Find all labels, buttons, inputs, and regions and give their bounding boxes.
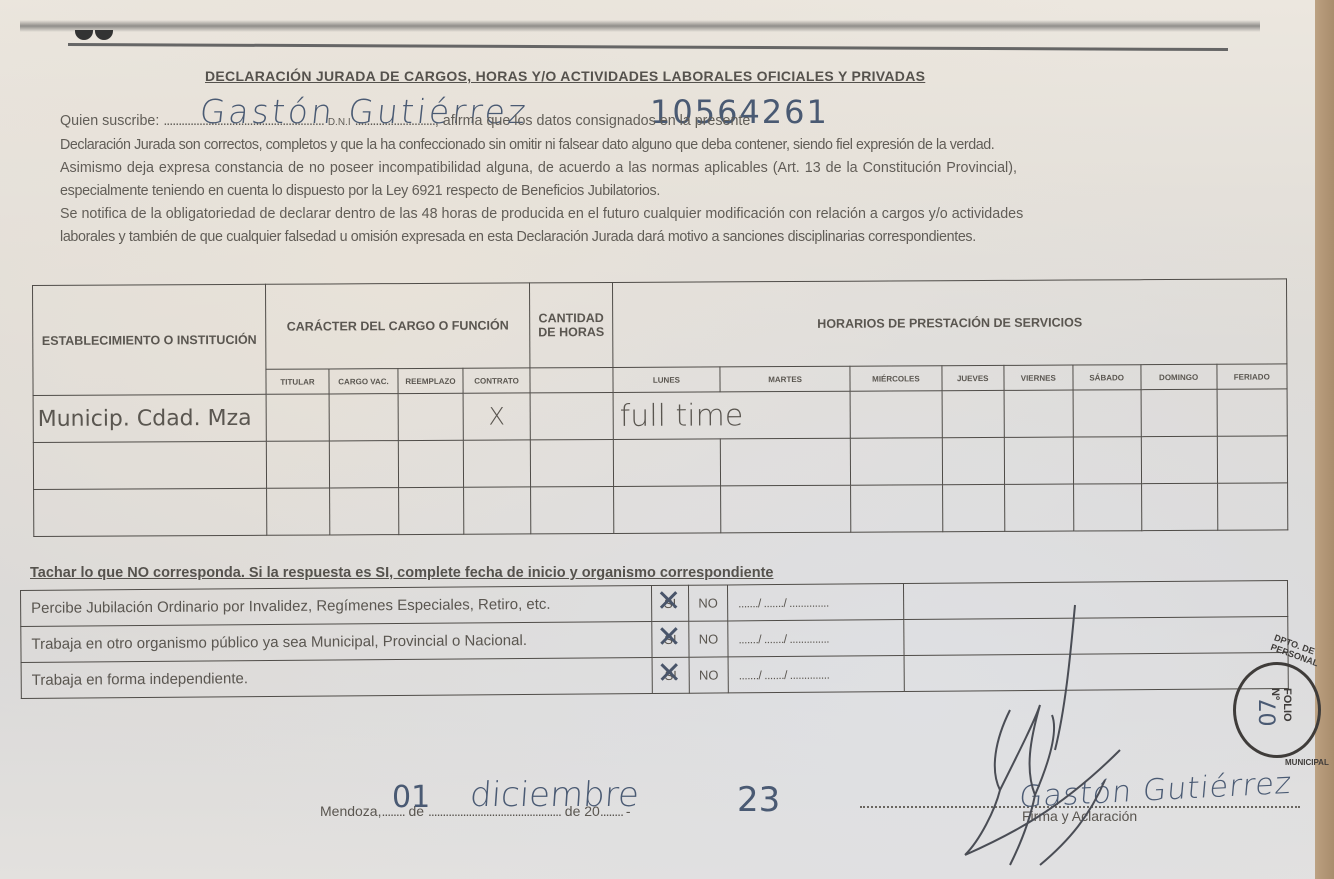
day-martes: MARTES [720,366,851,392]
start-date-field[interactable]: ......./ ......./ .............. [728,656,904,693]
sub-titular: TITULAR [266,369,329,394]
declaration-line-6: laborales y también de que cualquier fal… [60,226,1250,249]
contrato-cell[interactable]: X [463,393,530,440]
schedule-cell[interactable] [850,391,941,438]
schedule-cell[interactable] [720,485,851,533]
no-option[interactable]: NO [689,657,728,693]
official-stamp: DPTO. DE PERSONAL FOLIO Nº 07 MUNICIPAL [1215,640,1330,775]
cargo-vac-cell[interactable] [329,394,398,441]
schedule-cell[interactable] [942,390,1005,437]
scan-shadow [20,20,1260,32]
question-text: Trabaja en otro organismo público ya sea… [21,622,652,663]
declaration-line-5: Se notifica de la obligatoriedad de decl… [60,203,1250,226]
start-date-field[interactable]: ......./ ......./ .............. [728,620,904,657]
sub-cargo-vac: CARGO VAC. [329,369,398,394]
titular-cell[interactable] [267,488,330,535]
signature-scribble-icon [940,600,1140,870]
subscriber-label: Quien suscribe: [60,113,159,129]
day-sabado: SÁBADO [1073,365,1141,390]
hours-cell[interactable] [531,486,614,533]
schedule-cell[interactable] [1141,483,1217,530]
header-schedule: HORARIOS DE PRESTACIÓN DE SERVICIOS [612,279,1286,368]
cargo-vac-cell[interactable] [330,488,399,535]
schedule-cell[interactable] [1141,436,1217,483]
reemplazo-cell[interactable] [398,440,463,487]
jobs-table: ESTABLECIMIENTO O INSTITUCIÓN CARÁCTER D… [32,278,1288,537]
cargo-vac-cell[interactable] [329,441,398,488]
titular-cell[interactable] [266,441,329,488]
header-hours: CANTIDAD DE HORAS [529,282,612,367]
yes-option[interactable]: SI✕ [652,621,689,657]
declaration-text: Quien suscribe: ........................… [60,110,1250,249]
header-character: CARÁCTER DEL CARGO O FUNCIÓN [265,283,529,369]
schedule-cell[interactable] [614,486,721,534]
day-jueves: JUEVES [941,365,1004,390]
question-text: Trabaja en forma independiente. [21,658,652,699]
sub-hours-empty [530,367,613,392]
schedule-cell[interactable] [1004,390,1073,437]
sub-reemplazo: REEMPLAZO [398,368,463,393]
stamp-folio-number: 07 [1257,699,1282,727]
question-text: Percibe Jubilación Ordinario por Invalid… [21,586,652,627]
handwritten-month: diciembre [469,775,641,815]
day-viernes: VIERNES [1004,365,1073,390]
dni-field[interactable]: ........................... [355,113,435,129]
schedule-cell[interactable] [1217,389,1288,436]
name-field[interactable]: ........................................… [163,113,324,129]
contrato-cell[interactable] [464,487,531,534]
schedule-cell[interactable] [851,438,942,485]
stamp-bottom-text: MUNICIPAL [1285,758,1329,767]
dni-label: D.N.I [328,117,351,128]
schedule-cell[interactable] [942,437,1005,484]
schedule-cell[interactable] [851,485,942,532]
schedule-cell[interactable] [720,438,851,486]
sub-contrato: CONTRATO [463,368,530,393]
day-feriado: FERIADO [1217,364,1288,389]
questions-instruction: Tachar lo que NO corresponda. Si la resp… [30,565,773,581]
no-option[interactable]: NO [689,621,728,657]
schedule-cell[interactable] [1141,389,1217,436]
handwritten-day: 01 [392,780,430,815]
header-establishment: ESTABLECIMIENTO O INSTITUCIÓN [33,284,267,395]
table-row [33,436,1287,490]
schedule-cell[interactable] [1073,484,1141,531]
table-row [34,483,1288,537]
schedule-cell[interactable] [1073,437,1141,484]
reemplazo-cell[interactable] [399,487,464,534]
schedule-cell[interactable] [613,439,720,487]
schedule-cell[interactable] [1004,437,1073,484]
establishment-cell[interactable]: Municip. Cdad. Mza [33,394,266,442]
schedule-cell[interactable] [1004,484,1073,531]
schedule-cell[interactable]: full time [613,391,851,439]
contrato-cell[interactable] [463,440,530,487]
establishment-cell[interactable] [34,488,267,536]
cross-mark-icon: ✕ [657,656,682,691]
hours-cell[interactable] [530,392,613,439]
schedule-cell[interactable] [1217,483,1288,530]
declaration-line-4: especialmente teniendo en cuenta lo disp… [60,180,1250,203]
declaration-line-3: Asimismo deja expresa constancia de no p… [60,157,1250,180]
header-rule [68,43,1228,51]
subscriber-line: Quien suscribe: ........................… [60,110,1250,134]
start-date-field[interactable]: ......./ ......./ .............. [727,584,903,621]
hours-cell[interactable] [530,439,613,486]
yes-option[interactable]: SI✕ [651,585,688,621]
day-lunes: LUNES [613,367,720,393]
titular-cell[interactable] [266,394,329,441]
affirm-text: , afirma que los datos consignados en la… [435,113,751,129]
form-title: DECLARACIÓN JURADA DE CARGOS, HORAS Y/O … [205,68,925,84]
schedule-cell[interactable] [1217,436,1288,483]
schedule-cell[interactable] [942,484,1005,531]
table-row: Municip. Cdad. Mza X full time [33,389,1287,443]
establishment-cell[interactable] [33,441,266,489]
declaration-line-2: Declaración Jurada son correctos, comple… [60,134,1250,157]
cross-mark-icon: ✕ [656,584,681,619]
day-domingo: DOMINGO [1141,364,1217,389]
day-miercoles: MIÉRCOLES [850,366,941,391]
schedule-cell[interactable] [1073,390,1141,437]
no-option[interactable]: NO [688,585,727,621]
cross-mark-icon: ✕ [656,620,681,655]
handwritten-year: 23 [737,780,780,820]
city-label: Mendoza, [320,803,381,819]
reemplazo-cell[interactable] [398,393,463,440]
declaration-form: DECLARACIÓN JURADA DE CARGOS, HORAS Y/O … [0,0,1315,879]
yes-option[interactable]: SI✕ [652,657,689,693]
